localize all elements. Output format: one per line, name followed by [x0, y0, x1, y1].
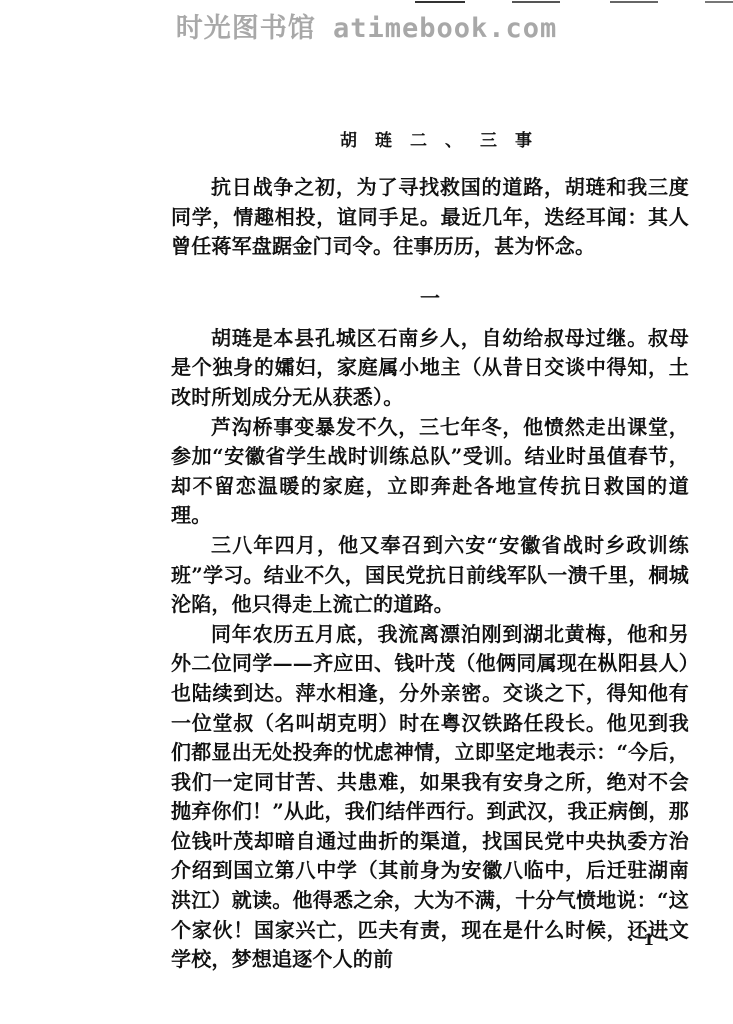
- paragraph: 三八年四月，他又奉召到六安“安徽省战时乡政训练班”学习。结业不久，国民党抗日前线…: [171, 531, 689, 620]
- paragraph: 芦沟桥事变暴发不久，三七年冬，他愤然走出课堂，参加“安徽省学生战时训练总队”受训…: [171, 413, 689, 531]
- scan-mark: [512, 1, 560, 3]
- scan-mark: [610, 1, 658, 3]
- page-number: · 1 ·: [628, 930, 671, 949]
- section-number: 一: [171, 272, 689, 324]
- intro-paragraph: 抗日战争之初，为了寻找救国的道路，胡琏和我三度同学，情趣相投，谊同手足。最近几年…: [171, 173, 689, 262]
- watermark: 时光图书馆 atimebook.com: [0, 6, 733, 45]
- scan-mark: [705, 1, 733, 3]
- paragraph: 同年农历五月底，我流离漂泊刚到湖北黄梅，他和另外二位同学——齐应田、钱叶茂（他俩…: [171, 620, 689, 975]
- chapter-title: 胡琏二、三事: [201, 126, 689, 156]
- paragraph: 胡琏是本县孔城区石南乡人，自幼给叔母过继。叔母是个独身的孀妇，家庭属小地主（从昔…: [171, 324, 689, 413]
- book-page: 胡琏二、三事 抗日战争之初，为了寻找救国的道路，胡琏和我三度同学，情趣相投，谊同…: [171, 126, 689, 975]
- scan-mark: [415, 1, 465, 3]
